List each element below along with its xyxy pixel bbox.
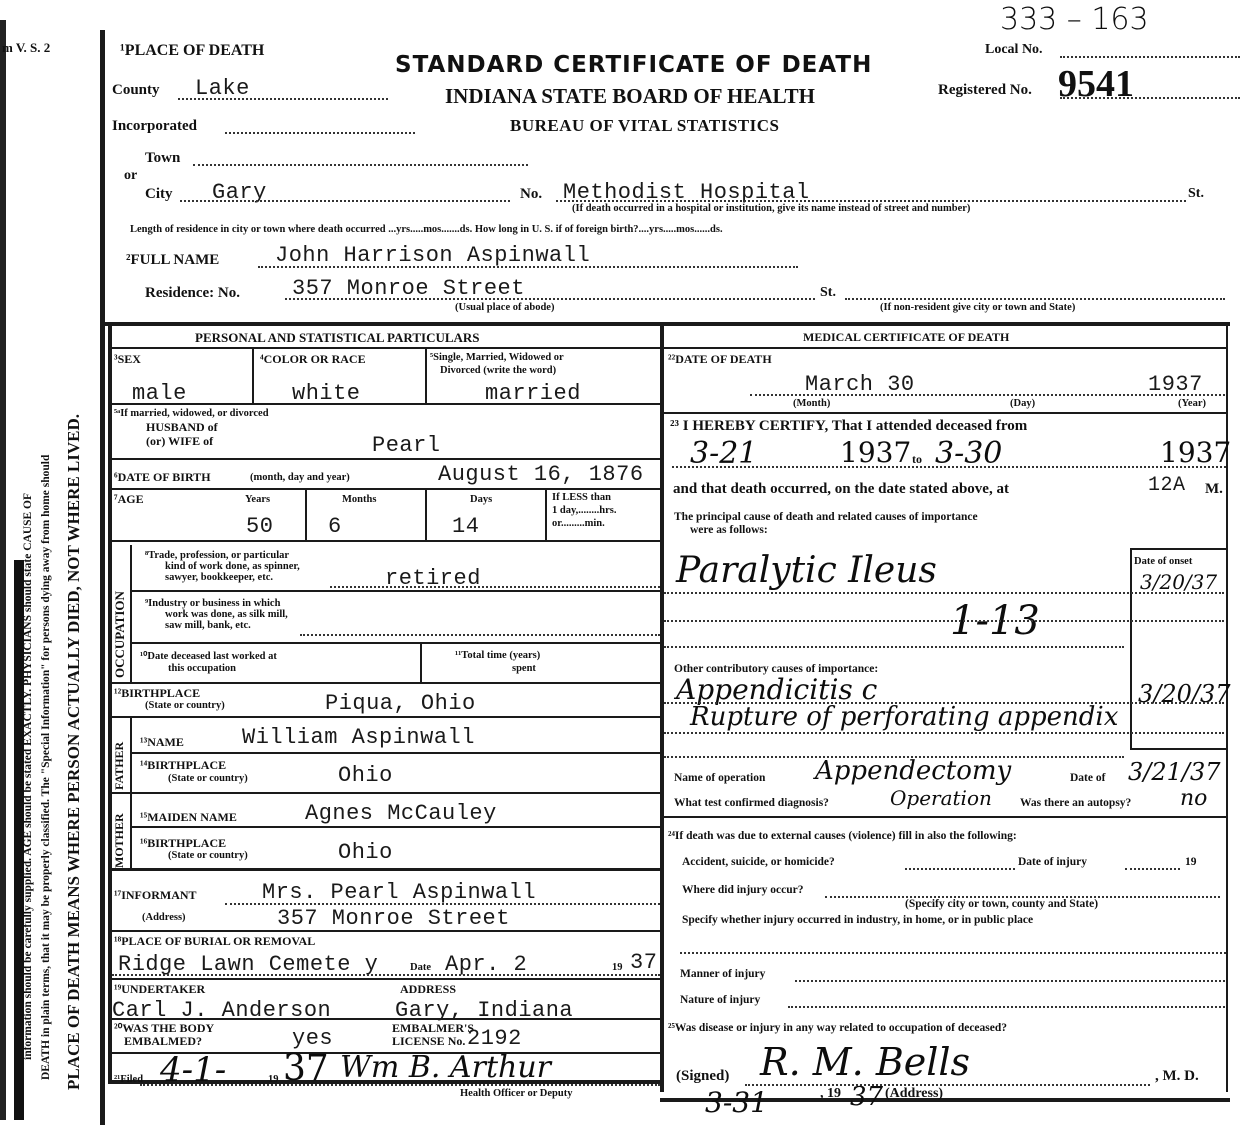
residence-line: [285, 298, 815, 300]
residence-label: Residence: No.: [145, 285, 240, 302]
death-time[interactable]: 12A: [1148, 474, 1186, 497]
birthplace-label: ¹²BIRTHPLACE: [114, 686, 200, 701]
less-than-label-2: 1 day,........hrs.: [552, 505, 616, 516]
local-no-label: Local No.: [985, 42, 1043, 58]
nonresident-note: (If non-resident give city or town and S…: [880, 302, 1075, 313]
other-cause-2[interactable]: Rupture of perforating appendix: [690, 702, 1118, 732]
rule: [110, 682, 662, 684]
rule: [110, 930, 662, 932]
rule: [664, 347, 1226, 349]
father-birthplace-value[interactable]: Ohio: [338, 763, 393, 788]
scan-edge: [0, 20, 6, 1120]
race-label: ⁴COLOR OR RACE: [260, 352, 366, 367]
nonresident-line: [845, 298, 1225, 300]
place-of-death-label: ¹PLACE OF DEATH: [120, 42, 264, 60]
where-injury-sublabel: (Specify city or town, county and State): [905, 898, 1098, 910]
day-label: (Day): [1010, 398, 1035, 409]
age-years[interactable]: 50: [246, 514, 273, 539]
county-label: County: [112, 82, 160, 99]
file-number: 333 – 163: [1000, 2, 1149, 37]
test-value[interactable]: Operation: [890, 786, 992, 810]
full-name-line: [258, 266, 798, 268]
industry-line: [300, 634, 660, 636]
mother-birthplace-value[interactable]: Ohio: [338, 840, 393, 865]
burial-year[interactable]: 37: [630, 950, 657, 975]
marital-label-2: Divorced (write the word): [440, 365, 556, 376]
st-label: St.: [1188, 186, 1204, 202]
rule: [425, 347, 427, 403]
last-worked-label-1: ¹⁰Date deceased last worked at: [140, 650, 277, 662]
operation-label: Name of operation: [674, 772, 765, 784]
father-birthplace-label: ¹⁴BIRTHPLACE: [140, 758, 226, 773]
rule: [110, 978, 662, 980]
registered-no[interactable]: 9541: [1058, 62, 1134, 106]
margin-big-note: PLACE OF DEATH MEANS WHERE PERSON ACTUAL…: [64, 414, 84, 1090]
informant-address-label: (Address): [142, 912, 186, 923]
cause-line-3: [664, 646, 1124, 648]
margin-instruction-1: information should be carefully supplied…: [22, 493, 34, 1060]
dob-sublabel: (month, day and year): [250, 472, 350, 483]
operation-date-label: Date of: [1070, 772, 1105, 784]
town-line: [193, 164, 528, 166]
dob-label: ⁶DATE OF BIRTH: [114, 470, 211, 485]
occupation-side-label: OCCUPATION: [112, 591, 128, 678]
trade-label-2: kind of work done, as spinner,: [165, 561, 300, 572]
accident-line: [905, 868, 1015, 870]
rule: [420, 644, 422, 682]
total-time-label-2: spent: [512, 663, 536, 674]
marital-label-1: ⁵Single, Married, Widowed or: [430, 352, 564, 363]
sex-label: ³SEX: [114, 352, 141, 367]
rule: [110, 347, 662, 349]
rule: [110, 792, 662, 794]
rule: [110, 868, 662, 871]
where-injury-label: Where did injury occur?: [682, 884, 804, 896]
informant-line: [225, 903, 660, 905]
father-name-value[interactable]: William Aspinwall: [242, 725, 475, 750]
burial-line: [112, 974, 660, 976]
city-line: [180, 200, 510, 202]
attended-line: [672, 466, 1226, 468]
rule: [130, 545, 132, 683]
physician-signature[interactable]: R. M. Bells: [760, 1040, 970, 1084]
rule: [545, 488, 547, 540]
spouse-label-3: (or) WIFE of: [146, 434, 213, 449]
trade-label-3: sawyer, bookkeeper, etc.: [165, 572, 273, 583]
rule: [130, 752, 662, 754]
informant-name[interactable]: Mrs. Pearl Aspinwall: [262, 880, 536, 905]
rule: [110, 488, 662, 490]
residence-st-label: St.: [820, 285, 836, 301]
rule: [130, 642, 662, 644]
attended-from-year[interactable]: 1937: [840, 436, 911, 469]
to-label: to: [912, 452, 922, 467]
rule: [130, 590, 662, 592]
industry-label-3: saw mill, bank, etc.: [165, 620, 251, 631]
autopsy-value[interactable]: no: [1180, 786, 1207, 811]
injury-date-line: [1125, 868, 1180, 870]
margin-instruction-2: DEATH in plain terms, that it may be pro…: [40, 455, 52, 1080]
institution-note: (If death occurred in a hospital or inst…: [572, 203, 970, 214]
dob-value[interactable]: August 16, 1876: [438, 462, 644, 487]
age-days[interactable]: 14: [452, 514, 479, 539]
specify-place-line: [680, 952, 1226, 954]
health-officer-label: Health Officer or Deputy: [460, 1088, 572, 1099]
cause-line-2: [664, 620, 1224, 622]
left-box-border: [108, 322, 112, 1082]
occupation-related-label: ²⁵Was disease or injury in any way relat…: [668, 1022, 1007, 1034]
death-time-suffix: M.: [1205, 481, 1223, 498]
institution-no-label: No.: [520, 186, 542, 203]
operation-value[interactable]: Appendectomy: [815, 756, 1011, 786]
center-divider: [660, 322, 664, 1092]
rule: [110, 1018, 662, 1020]
total-time-label-1: ¹¹Total time (years): [455, 650, 540, 661]
section-top-rule: [105, 322, 1230, 326]
industry-label-1: ⁹Industry or business in which: [145, 598, 280, 609]
full-name-value[interactable]: John Harrison Aspinwall: [275, 243, 590, 268]
external-causes-label: ²⁴If death was due to external causes (v…: [668, 830, 1017, 842]
form-number: m V. S. 2: [2, 40, 50, 56]
length-of-residence: Length of residence in city or town wher…: [130, 224, 723, 235]
trade-label-1: ⁸Trade, profession, or particular: [145, 550, 289, 561]
filed-line: [140, 1084, 660, 1086]
cause-line-1: [664, 592, 1224, 594]
father-name-label: ¹³NAME: [140, 735, 184, 750]
date-of-death-label: ²²DATE OF DEATH: [668, 352, 772, 367]
nature-label: Nature of injury: [680, 994, 760, 1006]
incorporated-label: Incorporated: [112, 118, 197, 135]
age-months[interactable]: 6: [328, 514, 342, 539]
burial-year-label: 19: [612, 962, 623, 973]
health-officer-signature[interactable]: Wm B. Arthur: [340, 1050, 551, 1085]
month-label: (Month): [793, 398, 830, 409]
town-label: Town: [145, 150, 180, 167]
death-date-line: [750, 394, 1225, 396]
signature-line: [745, 1084, 1150, 1086]
test-label: What test confirmed diagnosis?: [674, 797, 829, 809]
operation-date[interactable]: 3/21/37: [1128, 758, 1221, 786]
full-name-label: ²FULL NAME: [126, 252, 219, 269]
year-label: (Year): [1178, 398, 1206, 409]
cause-intro-2: were as follows:: [690, 524, 768, 536]
license-value[interactable]: 2192: [467, 1026, 522, 1051]
license-label-2: LICENSE No.: [392, 1034, 465, 1049]
autopsy-label: Was there an autopsy?: [1020, 797, 1131, 809]
other-line-2: [664, 732, 1224, 734]
rule: [110, 403, 662, 405]
mother-maiden-label: ¹⁵MAIDEN NAME: [140, 810, 237, 825]
manner-label: Manner of injury: [680, 968, 765, 980]
spouse-label-2: HUSBAND of: [146, 420, 218, 435]
months-label: Months: [342, 494, 376, 505]
rule: [110, 716, 662, 718]
rule: [110, 458, 662, 460]
or-label: or: [124, 168, 137, 184]
burial-date-label: Date: [410, 962, 431, 973]
injury-date-label: Date of injury: [1018, 856, 1087, 868]
signed-year-label: , 19: [820, 1086, 841, 1102]
spouse-value[interactable]: Pearl: [372, 433, 441, 458]
margin-rule: [100, 30, 105, 1125]
mother-birthplace-label: ¹⁶BIRTHPLACE: [140, 836, 226, 851]
signed-label: (Signed): [676, 1068, 729, 1085]
usual-abode-note: (Usual place of abode): [455, 302, 554, 313]
informant-label: ¹⁷INFORMANT: [114, 888, 197, 903]
less-than-label-3: or.........min.: [552, 518, 605, 529]
trade-line: [330, 586, 660, 588]
city-label: City: [145, 186, 173, 203]
years-label: Years: [245, 494, 270, 505]
personal-section-title: PERSONAL AND STATISTICAL PARTICULARS: [195, 330, 480, 346]
less-than-label-1: If LESS than: [552, 492, 611, 503]
attended-to-year[interactable]: 1937: [1160, 436, 1231, 469]
certify-statement: ²³ I HEREBY CERTIFY, That I attended dec…: [670, 418, 1027, 435]
certificate-title: STANDARD CERTIFICATE OF DEATH: [395, 52, 872, 78]
onset-label: Date of onset: [1134, 556, 1192, 567]
injury-year-label: 19: [1185, 856, 1197, 868]
county-line: [178, 98, 388, 100]
registered-no-label: Registered No.: [938, 82, 1032, 99]
rule: [1130, 548, 1226, 550]
filed-label: ²¹Filed: [114, 1074, 143, 1085]
last-worked-label-2: this occupation: [168, 663, 236, 674]
undertaker-address-label: ADDRESS: [400, 982, 456, 997]
specify-place-label: Specify whether injury occurred in indus…: [682, 914, 1033, 926]
signed-year[interactable]: 37: [850, 1082, 883, 1112]
birthplace-value[interactable]: Piqua, Ohio: [325, 691, 476, 716]
burial-label: ¹⁸PLACE OF BURIAL OR REMOVAL: [114, 934, 315, 949]
rule: [664, 816, 1226, 818]
mother-maiden-value[interactable]: Agnes McCauley: [305, 801, 497, 826]
rule: [305, 488, 307, 540]
mother-side-label: MOTHER: [112, 813, 127, 868]
manner-line: [795, 980, 1225, 982]
signed-date[interactable]: 3-31: [705, 1086, 768, 1119]
industry-label-2: work was done, as silk mill,: [165, 609, 288, 620]
physician-address-label: (Address): [885, 1086, 943, 1102]
birthplace-sublabel: (State or country): [145, 700, 225, 711]
local-no-field[interactable]: [1060, 56, 1240, 58]
onset-column-border: [1130, 548, 1132, 748]
father-birthplace-sublabel: (State or country): [168, 773, 248, 784]
days-label: Days: [470, 494, 492, 505]
cause-intro-1: The principal cause of death and related…: [674, 511, 978, 523]
rule: [664, 412, 1226, 414]
rule: [1130, 748, 1226, 750]
registered-no-line: [1060, 97, 1240, 99]
informant-address[interactable]: 357 Monroe Street: [277, 906, 510, 931]
principal-onset[interactable]: 3/20/37: [1140, 570, 1217, 594]
undertaker-label: ¹⁹UNDERTAKER: [114, 982, 205, 997]
spouse-label-1: ⁵ᵃIf married, widowed, or divorced: [114, 408, 269, 419]
rule: [110, 540, 662, 542]
filed-year[interactable]: 37: [283, 1048, 329, 1089]
embalmed-label-2: EMBALMED?: [124, 1034, 202, 1049]
rule: [130, 826, 662, 828]
accident-label: Accident, suicide, or homicide?: [682, 856, 835, 868]
md-label: , M. D.: [1155, 1068, 1199, 1085]
institution-line: [556, 200, 1186, 202]
age-label: ⁷AGE: [114, 492, 144, 507]
incorporated-line: [225, 132, 415, 134]
medical-section-title: MEDICAL CERTIFICATE OF DEATH: [803, 330, 1009, 345]
nature-line: [788, 1006, 1225, 1008]
board-title: INDIANA STATE BOARD OF HEALTH: [445, 84, 815, 109]
father-side-label: FATHER: [112, 742, 127, 790]
bureau-title: BUREAU OF VITAL STATISTICS: [510, 116, 780, 136]
death-time-statement: and that death occurred, on the date sta…: [673, 481, 1009, 498]
rule: [425, 488, 427, 540]
principal-cause[interactable]: Paralytic Ileus: [676, 550, 937, 591]
rule: [252, 347, 254, 403]
mother-birthplace-sublabel: (State or country): [168, 850, 248, 861]
